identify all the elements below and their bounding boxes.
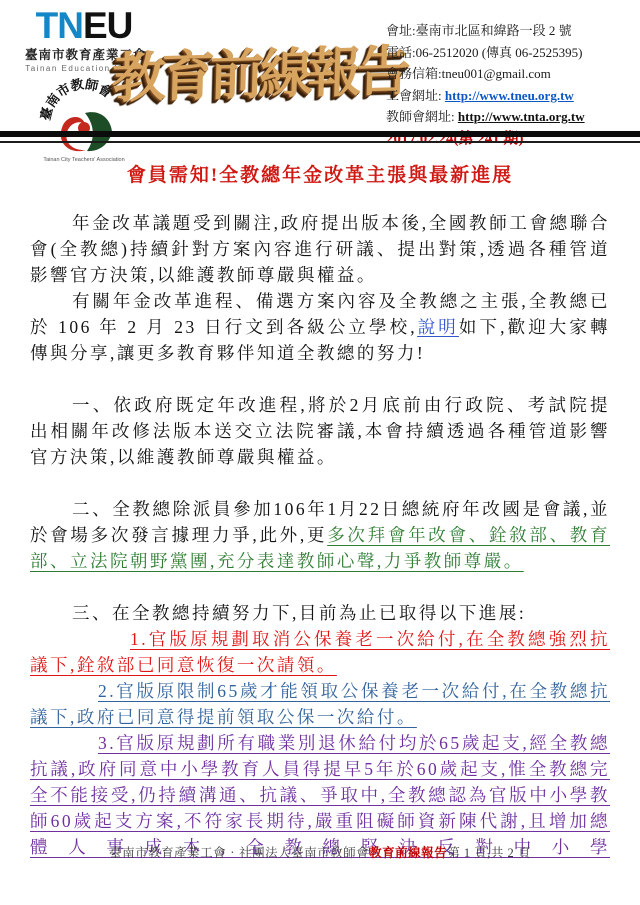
- header-divider-thick: [0, 131, 640, 137]
- footer-org-text: 臺南市教育產業工會‧社團法人臺南市教師會: [109, 846, 369, 860]
- paragraph-intro: 年金改革議題受到關注,政府提出版本後,全國教師工會總聯合會(全教總)持續針對方案…: [30, 210, 610, 288]
- association-website-link[interactable]: http://www.tnta.org.tw: [458, 109, 585, 124]
- contact-address: 會址:臺南市北區和緯路一段 2 號: [386, 20, 636, 42]
- document-page: TNEU 臺南市教育產業工會 Tainan Education Union 臺南…: [0, 0, 640, 905]
- footer-page-number: 第 1 頁,共 2 頁: [447, 846, 531, 860]
- footer-report-name: 教育前線報告: [369, 846, 447, 860]
- list-item-3: 三、在全教總持續努力下,目前為止已取得以下進展:: [30, 600, 610, 626]
- seal-arc-text: 臺南市教師會: [38, 76, 115, 122]
- association-website-row: 教師會網址: http://www.tnta.org.tw: [386, 106, 636, 128]
- list-item-1: 一、依政府既定年改進程,將於2月底前由行政院、考試院提出相關年改修法版本送交立法…: [30, 392, 610, 470]
- progress-item-2: 2.官版原限制65歲才能領取公保養老一次給付,在全教總抗議下,政府已同意得提前領…: [30, 678, 610, 730]
- contact-phone: 電話:06-2512020 (傳真 06-2525395): [386, 42, 636, 64]
- progress-item-3: 3.官版原規劃所有職業別退休給付均於65歲起支,經全教總抗議,政府同意中小學教育…: [30, 730, 610, 860]
- header-divider-thin: [0, 141, 640, 143]
- progress-item-1: 1.官版原規劃取消公保養老一次給付,在全教總強烈抗議下,銓敘部已同意恢復一次請領…: [30, 626, 610, 678]
- article-title: 會員需知!全教總年金改革主張與最新進展: [30, 160, 610, 187]
- page-footer: 臺南市教育產業工會‧社團法人臺南市教師會教育前線報告第 1 頁,共 2 頁: [0, 843, 640, 861]
- association-website-label: 教師會網址:: [386, 109, 455, 124]
- svg-text:臺南市教師會: 臺南市教師會: [38, 76, 115, 122]
- union-website-row: 工會網址: http://www.tneu.org.tw: [386, 85, 636, 107]
- tneu-wordmark-tn: TN: [36, 5, 83, 46]
- article-body: 會員需知!全教總年金改革主張與最新進展 年金改革議題受到關注,政府提出版本後,全…: [30, 160, 610, 860]
- masthead-title: 教育前線報告: [111, 28, 413, 113]
- contact-email: 會務信箱:tneu001@gmail.com: [386, 63, 636, 85]
- paragraph-circular: 有關年金改革進程、備選方案內容及全教總之主張,全教總已於 106 年 2 月 2…: [30, 288, 610, 366]
- list-item-2: 二、全教總除派員參加106年1月22日總統府年改國是會議,並於會場多次發言據理力…: [30, 496, 610, 574]
- union-website-link[interactable]: http://www.tneu.org.tw: [445, 88, 574, 103]
- union-website-label: 工會網址:: [386, 88, 445, 103]
- explanation-link[interactable]: 說明: [417, 317, 459, 337]
